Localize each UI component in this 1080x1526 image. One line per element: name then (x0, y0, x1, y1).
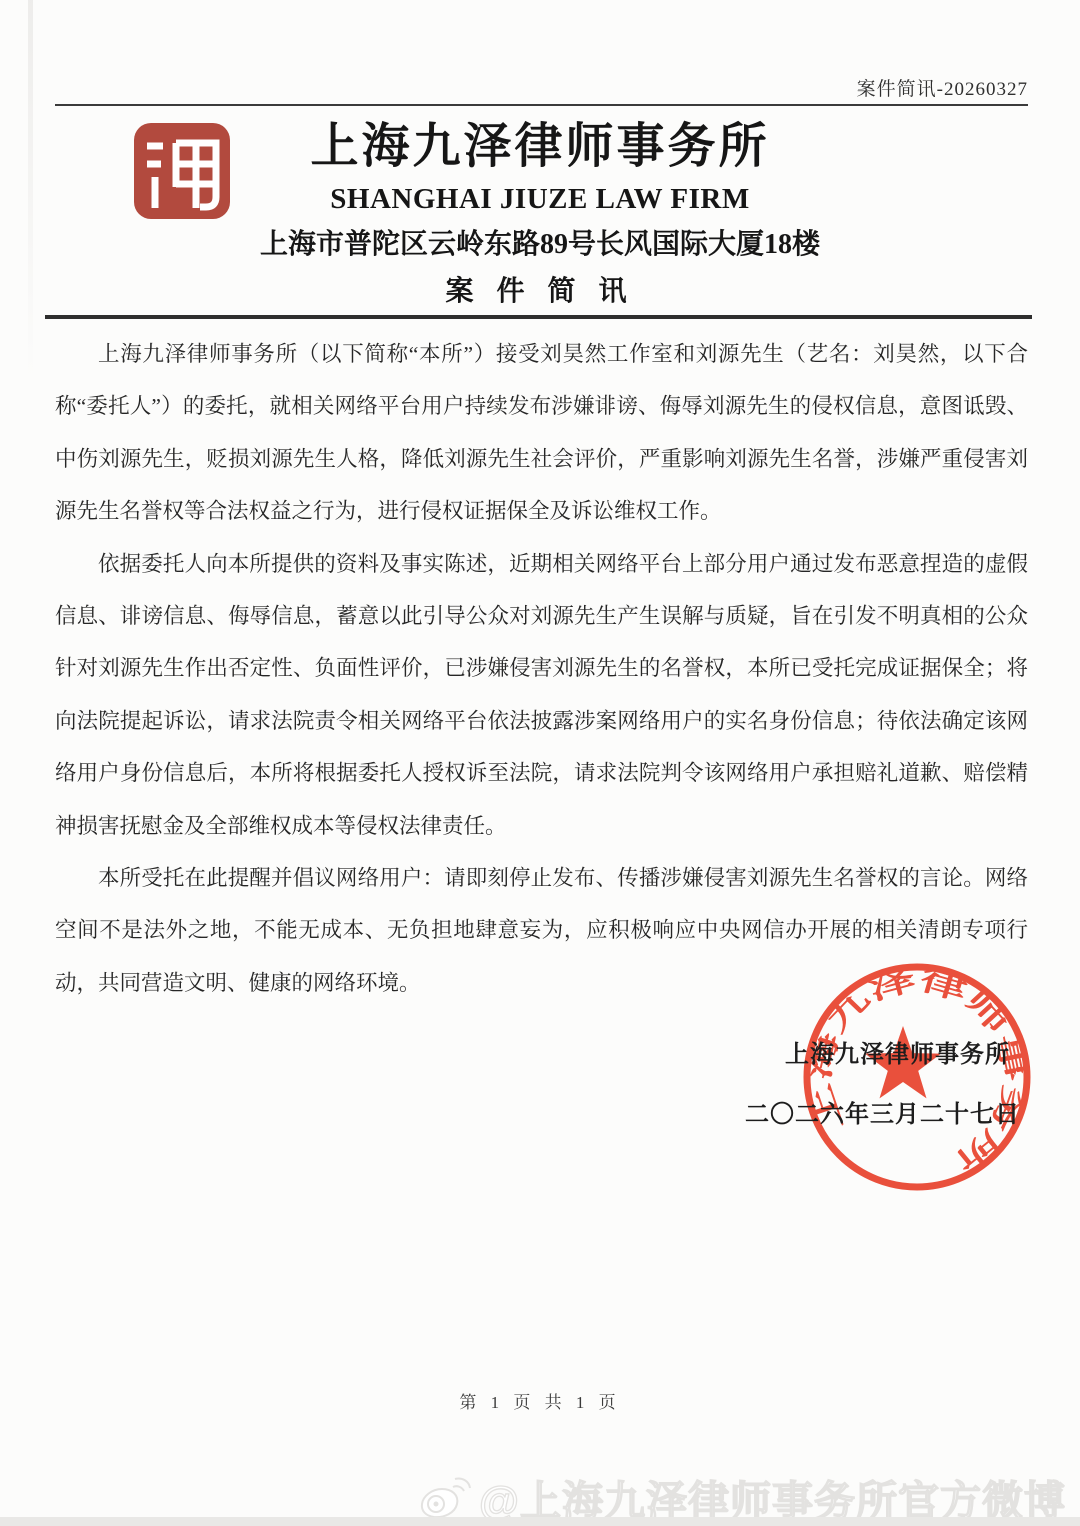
firm-name-english: SHANGHAI JIUZE LAW FIRM (0, 180, 1080, 218)
firm-address: 上海市普陀区云岭东路89号长风国际大厦18楼 (0, 224, 1080, 266)
letterhead: 上海九泽律师事务所 SHANGHAI JIUZE LAW FIRM 上海市普陀区… (0, 116, 1080, 312)
document-body: 上海九泽律师事务所（以下简称“本所”）接受刘昊然工作室和刘源先生（艺名：刘昊然，… (55, 328, 1028, 1009)
header-rule (55, 104, 1028, 106)
page-title: 上海九泽律师事务所 (0, 116, 1080, 178)
title-rule (45, 315, 1032, 319)
paragraph-legal-action: 依据委托人向本所提供的资料及事实陈述，近期相关网络平台上部分用户通过发布恶意捏造… (55, 538, 1028, 852)
official-stamp-icon: 上海九泽律师事务所 (800, 960, 1034, 1194)
paragraph-engagement: 上海九泽律师事务所（以下简称“本所”）接受刘昊然工作室和刘源先生（艺名：刘昊然，… (55, 328, 1028, 538)
document-title: 案 件 简 讯 (0, 272, 1080, 312)
page-indicator: 第 1 页 共 1 页 (0, 1388, 1080, 1413)
doc-reference: 案件简讯-20260327 (857, 74, 1028, 101)
photo-edge-strip (0, 1517, 1080, 1526)
signature-date: 二〇二六年三月二十七日 (745, 1094, 1020, 1129)
weibo-icon (419, 1475, 471, 1521)
document-page: 案件简讯-20260327 上海九泽律师事务所 SHANGHAI JIUZE L… (0, 0, 1080, 1526)
signature-firm-name: 上海九泽律师事务所 (785, 1034, 1010, 1069)
